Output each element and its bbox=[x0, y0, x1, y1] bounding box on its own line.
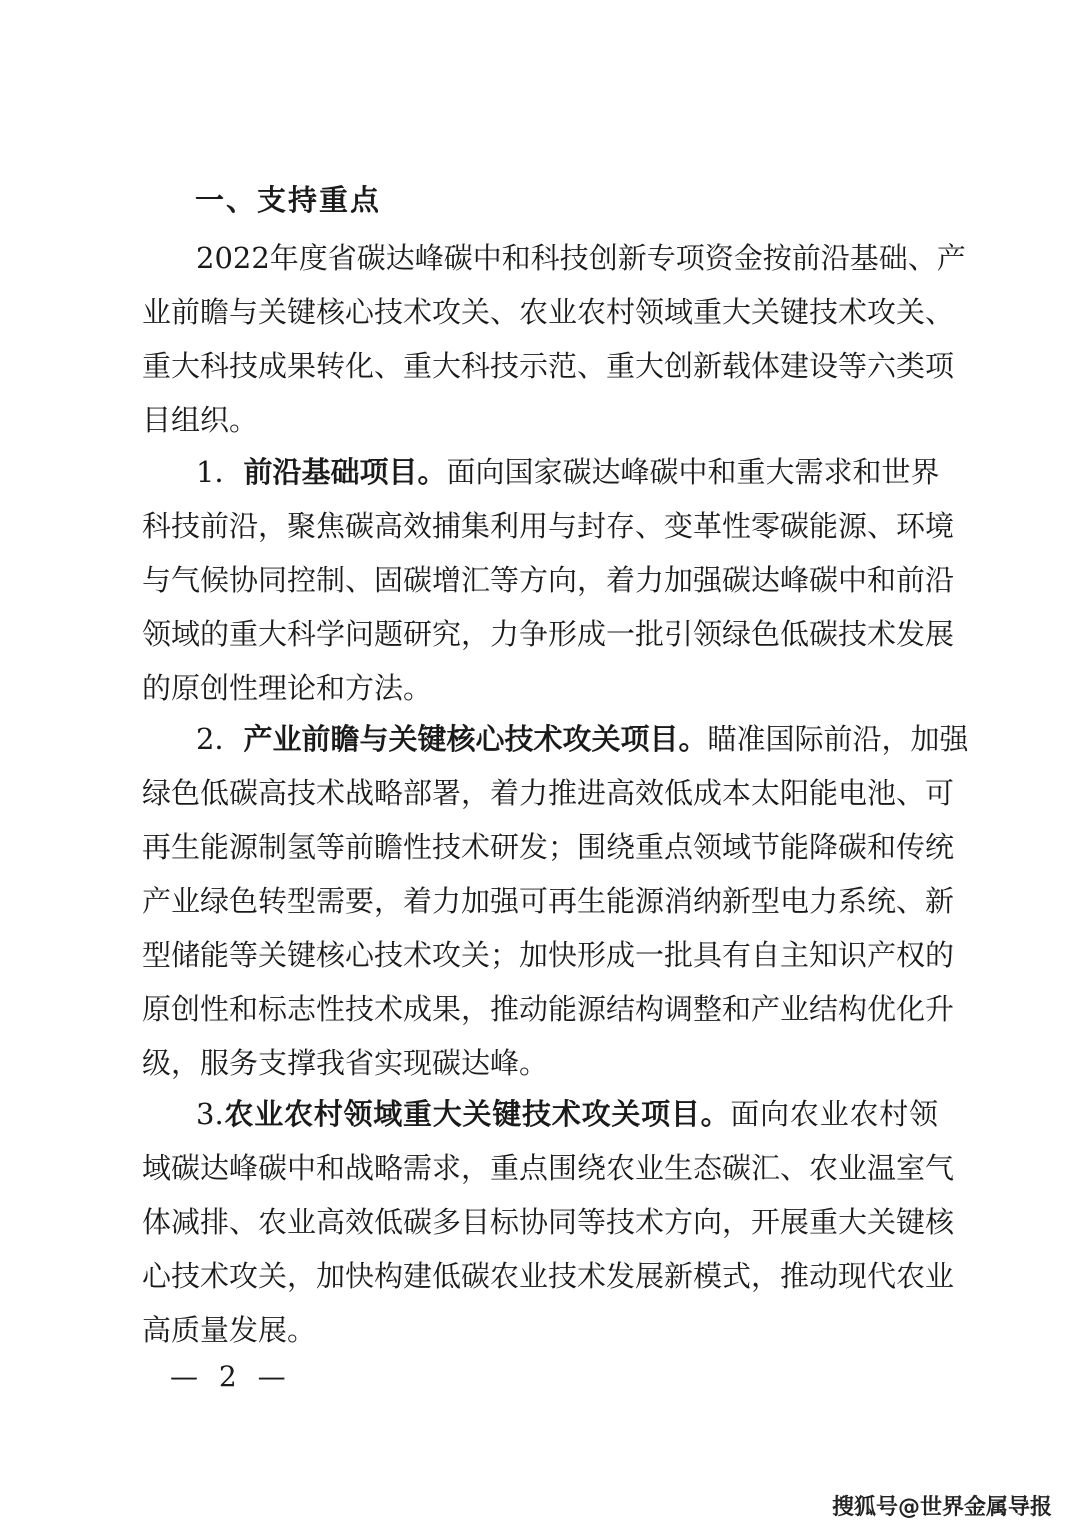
item-1-number: 1． bbox=[196, 455, 243, 489]
item-2-number: 2． bbox=[196, 722, 243, 756]
item-1-line: 的原创性理论和方法。 bbox=[142, 668, 938, 708]
item-2-first-line: 2．产业前瞻与关键核心技术攻关项目。瞄准国际前沿，加强 bbox=[196, 719, 938, 759]
item-3-first-line: 3.农业农村领域重大关键技术攻关项目。面向农业农村领 bbox=[196, 1094, 938, 1134]
item-2-first-line-text: 瞄准国际前沿，加强 bbox=[707, 722, 968, 756]
page-number: — 2 — bbox=[170, 1360, 292, 1393]
item-2-line: 级，服务支撑我省实现碳达峰。 bbox=[142, 1043, 938, 1083]
item-2-line: 再生能源制氢等前瞻性技术研发；围绕重点领域节能降碳和传统 bbox=[142, 827, 938, 867]
intro-line: 业前瞻与关键核心技术攻关、农业农村领域重大关键技术攻关、 bbox=[142, 292, 938, 332]
intro-line: 2022年度省碳达峰碳中和科技创新专项资金按前沿基础、产 bbox=[196, 238, 938, 278]
item-3-line: 体减排、农业高效低碳多目标协同等技术方向，开展重大关键核 bbox=[142, 1202, 938, 1242]
item-1-first-line-text: 面向国家碳达峰碳中和重大需求和世界 bbox=[446, 455, 939, 489]
watermark: 搜狐号@世界金属导报 bbox=[832, 1490, 1052, 1521]
item-2-title: 产业前瞻与关键核心技术攻关项目。 bbox=[243, 722, 707, 756]
item-1-line: 与气候协同控制、固碳增汇等方向，着力加强碳达峰碳中和前沿 bbox=[142, 560, 938, 600]
item-1-title: 前沿基础项目。 bbox=[243, 455, 446, 489]
intro-line: 重大科技成果转化、重大科技示范、重大创新载体建设等六类项 bbox=[142, 346, 938, 386]
item-3-title: 农业农村领域重大关键技术攻关项目。 bbox=[224, 1097, 731, 1131]
item-3-first-line-text: 面向农业农村领 bbox=[730, 1097, 938, 1131]
item-3-line: 高质量发展。 bbox=[142, 1310, 938, 1350]
item-3-line: 心技术攻关，加快构建低碳农业技术发展新模式，推动现代农业 bbox=[142, 1256, 938, 1296]
item-1-line: 领域的重大科学问题研究，力争形成一批引领绿色低碳技术发展 bbox=[142, 614, 938, 654]
item-1-line: 科技前沿，聚焦碳高效捕集利用与封存、变革性零碳能源、环境 bbox=[142, 506, 938, 546]
intro-line: 目组织。 bbox=[142, 400, 938, 440]
item-2-line: 绿色低碳高技术战略部署，着力推进高效低成本太阳能电池、可 bbox=[142, 773, 938, 813]
item-3-line: 域碳达峰碳中和战略需求，重点围绕农业生态碳汇、农业温室气 bbox=[142, 1148, 938, 1188]
item-2-line: 型储能等关键核心技术攻关；加快形成一批具有自主知识产权的 bbox=[142, 935, 938, 975]
section-heading: 一、支持重点 bbox=[195, 178, 381, 219]
document-page: 一、支持重点 2022年度省碳达峰碳中和科技创新专项资金按前沿基础、产 业前瞻与… bbox=[0, 0, 1080, 1527]
item-3-number: 3. bbox=[196, 1097, 224, 1131]
item-2-line: 原创性和标志性技术成果，推动能源结构调整和产业结构优化升 bbox=[142, 989, 938, 1029]
item-2-line: 产业绿色转型需要，着力加强可再生能源消纳新型电力系统、新 bbox=[142, 881, 938, 921]
item-1-first-line: 1．前沿基础项目。面向国家碳达峰碳中和重大需求和世界 bbox=[196, 452, 938, 492]
